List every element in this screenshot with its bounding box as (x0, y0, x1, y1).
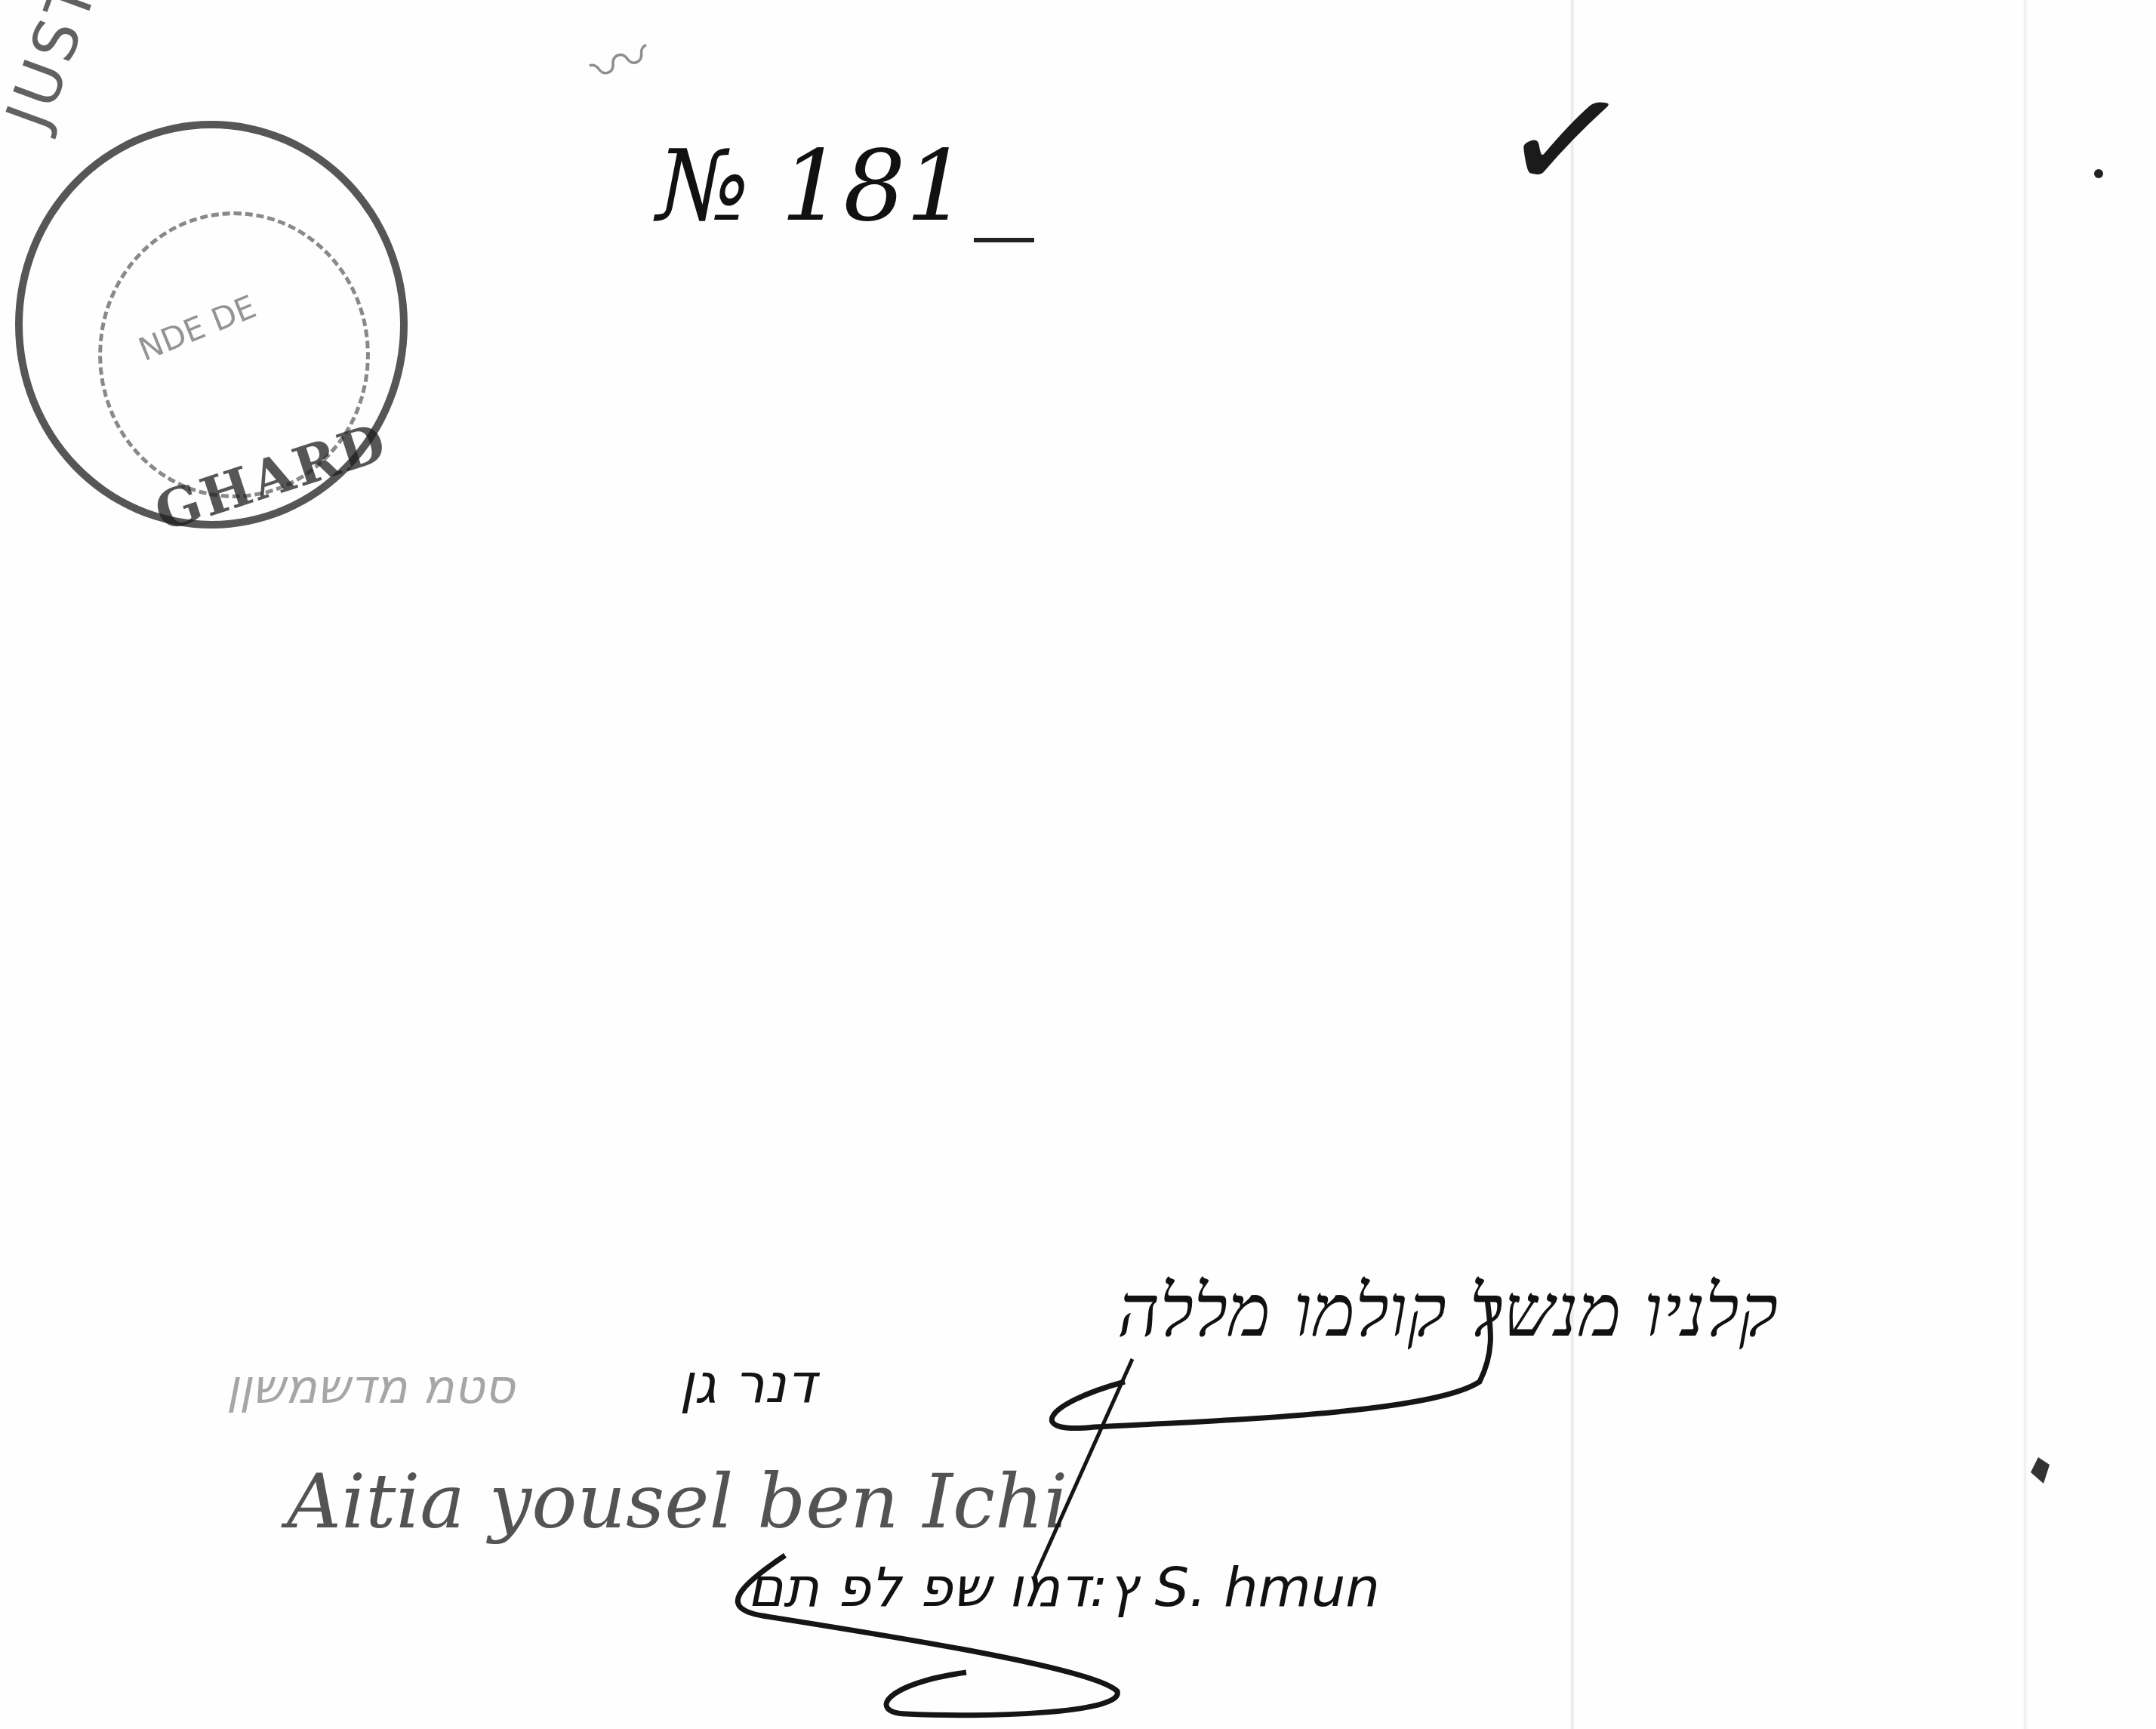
scanned-document: JUSTICE NDE DE GHARD 〰︎ № 181 ✓ בפעמיים … (0, 0, 2156, 1729)
signature-flourishes (0, 0, 2156, 1729)
